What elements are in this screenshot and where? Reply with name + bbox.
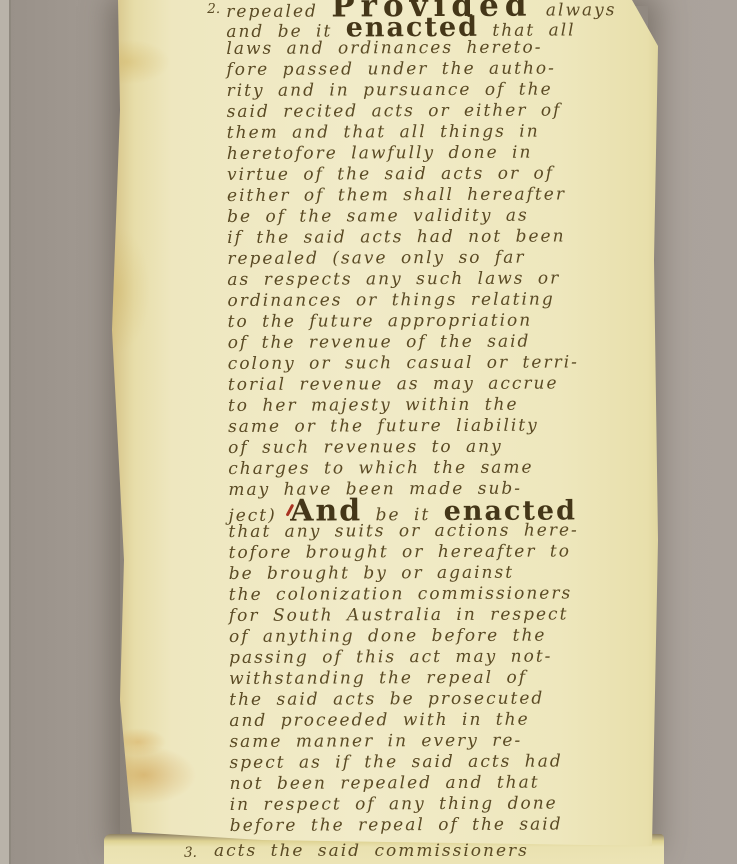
manuscript-line: the colonization commissioners	[229, 583, 658, 606]
manuscript-line: and proceeded with in the	[229, 709, 658, 732]
manuscript-line-enacting: and be it enacted that all	[226, 16, 658, 39]
manuscript-line: tofore brought or hereafter to	[229, 541, 658, 564]
manuscript-line: of such revenues to any	[228, 436, 658, 459]
manuscript-line: spect as if the said acts had	[229, 751, 658, 774]
manuscript-line: fore passed under the autho-	[226, 58, 658, 81]
manuscript-line: ordinances or things relating	[227, 289, 658, 312]
manuscript-line: passing of this act may not-	[229, 646, 658, 669]
manuscript-line: be brought by or against	[229, 562, 658, 585]
manuscript-text: 2. repealed Provided always and be it en…	[226, 0, 658, 837]
section-number-2: 2.	[207, 0, 220, 20]
manuscript-line: be of the same validity as	[227, 205, 658, 228]
manuscript-line: in respect of any thing done	[230, 793, 658, 816]
manuscript-line: either of them shall hereafter	[227, 184, 658, 207]
manuscript-line: them and that all things in	[227, 121, 658, 144]
manuscript-line: the said acts be prosecuted	[229, 688, 658, 711]
manuscript-line: repealed (save only so far	[227, 247, 658, 270]
manuscript-line: of the revenue of the said	[228, 331, 658, 354]
manuscript-line: torial revenue as may accrue	[228, 373, 658, 396]
manuscript-line: to the future appropriation	[228, 310, 658, 333]
manuscript-line: for South Australia in respect	[229, 604, 658, 627]
photo-background: 2. repealed Provided always and be it en…	[0, 0, 737, 864]
parchment-page: 2. repealed Provided always and be it en…	[112, 0, 658, 846]
manuscript-line: withstanding the repeal of	[229, 667, 658, 690]
manuscript-line: as respects any such laws or	[227, 268, 658, 291]
manuscript-line: heretofore lawfully done in	[227, 142, 658, 165]
manuscript-line: same or the future liability	[228, 415, 658, 438]
manuscript-line: colony or such casual or terri-	[228, 352, 658, 375]
section-number-3: 3.	[184, 843, 197, 864]
manuscript-line: laws and ordinances hereto-	[226, 37, 658, 60]
manuscript-line: of anything done before the	[229, 625, 658, 648]
manuscript-line: that any suits or actions here-	[228, 520, 658, 543]
manuscript-line: before the repeal of the said	[230, 814, 658, 837]
backing-board-edge	[0, 0, 11, 864]
manuscript-line-section-3-start: 3. acts the said commissioners	[214, 841, 529, 862]
manuscript-line: to her majesty within the	[228, 394, 658, 417]
manuscript-line: same manner in every re-	[229, 730, 658, 753]
script-text: acts the said commissioners	[214, 841, 529, 861]
manuscript-line: charges to which the same	[228, 457, 658, 480]
manuscript-line-and-be-it-enacted: ject) And be it enacted	[228, 499, 658, 522]
manuscript-line: virtue of the said acts or of	[227, 163, 658, 186]
manuscript-line: not been repealed and that	[230, 772, 658, 795]
manuscript-line: said recited acts or either of	[227, 100, 658, 123]
manuscript-line: if the said acts had not been	[227, 226, 658, 249]
manuscript-line: rity and in pursuance of the	[227, 79, 658, 102]
